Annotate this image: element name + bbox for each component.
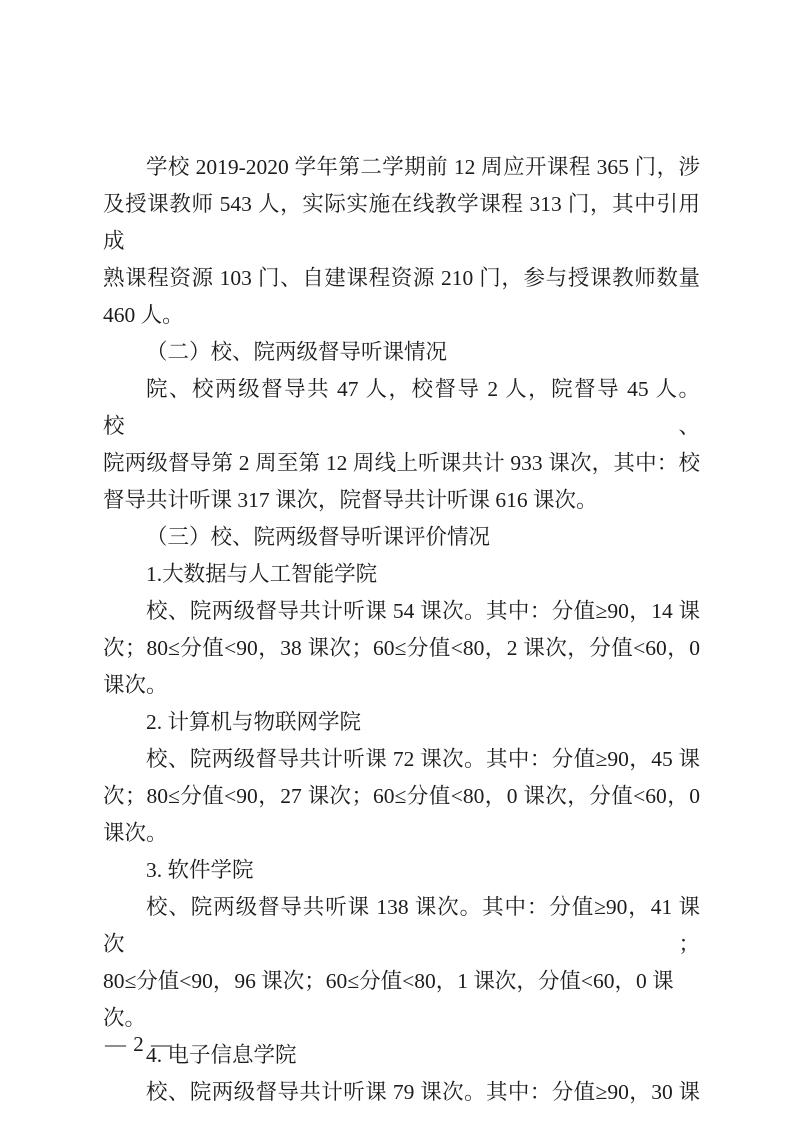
text-line: 校、院两级督导共听课 138 课次。其中：分值≥90，41 课次； (103, 889, 700, 963)
text-line: 校、院两级督导共计听课 79 课次。其中：分值≥90，30 课 (103, 1074, 700, 1111)
list-item-heading: 3. 软件学院 (103, 852, 700, 889)
list-item-heading: 1.大数据与人工智能学院 (103, 556, 700, 593)
section-heading: （三）校、院两级督导听课评价情况 (103, 519, 700, 556)
text-line: 院、校两级督导共 47 人，校督导 2 人，院督导 45 人。校、 (103, 371, 700, 445)
text-line: 院两级督导第 2 周至第 12 周线上听课共计 933 课次，其中：校 (103, 445, 700, 482)
text-line: 熟课程资源 103 门、自建课程资源 210 门，参与授课教师数量 (103, 260, 700, 297)
text-line: 460 人。 (103, 297, 700, 334)
text-line: 校、院两级督导共计听课 54 课次。其中：分值≥90，14 课 (103, 593, 700, 630)
text-line: 80≤分值<90，96 课次；60≤分值<80，1 课次，分值<60，0 课次。 (103, 963, 700, 1037)
section-heading: （二）校、院两级督导听课情况 (103, 334, 700, 371)
text-line: 次；80≤分值<90，38 课次；60≤分值<80，2 课次，分值<60，0 (103, 630, 700, 667)
page-number: — 2 — (105, 1026, 173, 1063)
text-line: 及授课教师 543 人，实际实施在线教学课程 313 门，其中引用成 (103, 186, 700, 260)
text-line: 督导共计听课 317 课次，院督导共计听课 616 课次。 (103, 482, 700, 519)
text-line: 课次。 (103, 815, 700, 852)
list-item-heading: 2. 计算机与物联网学院 (103, 704, 700, 741)
list-item-heading: 4. 电子信息学院 (103, 1037, 700, 1074)
text-line: 校、院两级督导共计听课 72 课次。其中：分值≥90，45 课 (103, 741, 700, 778)
document-page: 学校 2019-2020 学年第二学期前 12 周应开课程 365 门，涉 及授… (0, 0, 793, 1122)
text-line: 学校 2019-2020 学年第二学期前 12 周应开课程 365 门，涉 (103, 149, 700, 186)
document-body: 学校 2019-2020 学年第二学期前 12 周应开课程 365 门，涉 及授… (103, 149, 700, 1111)
text-line: 次；80≤分值<90，27 课次；60≤分值<80，0 课次，分值<60，0 (103, 778, 700, 815)
text-line: 课次。 (103, 667, 700, 704)
